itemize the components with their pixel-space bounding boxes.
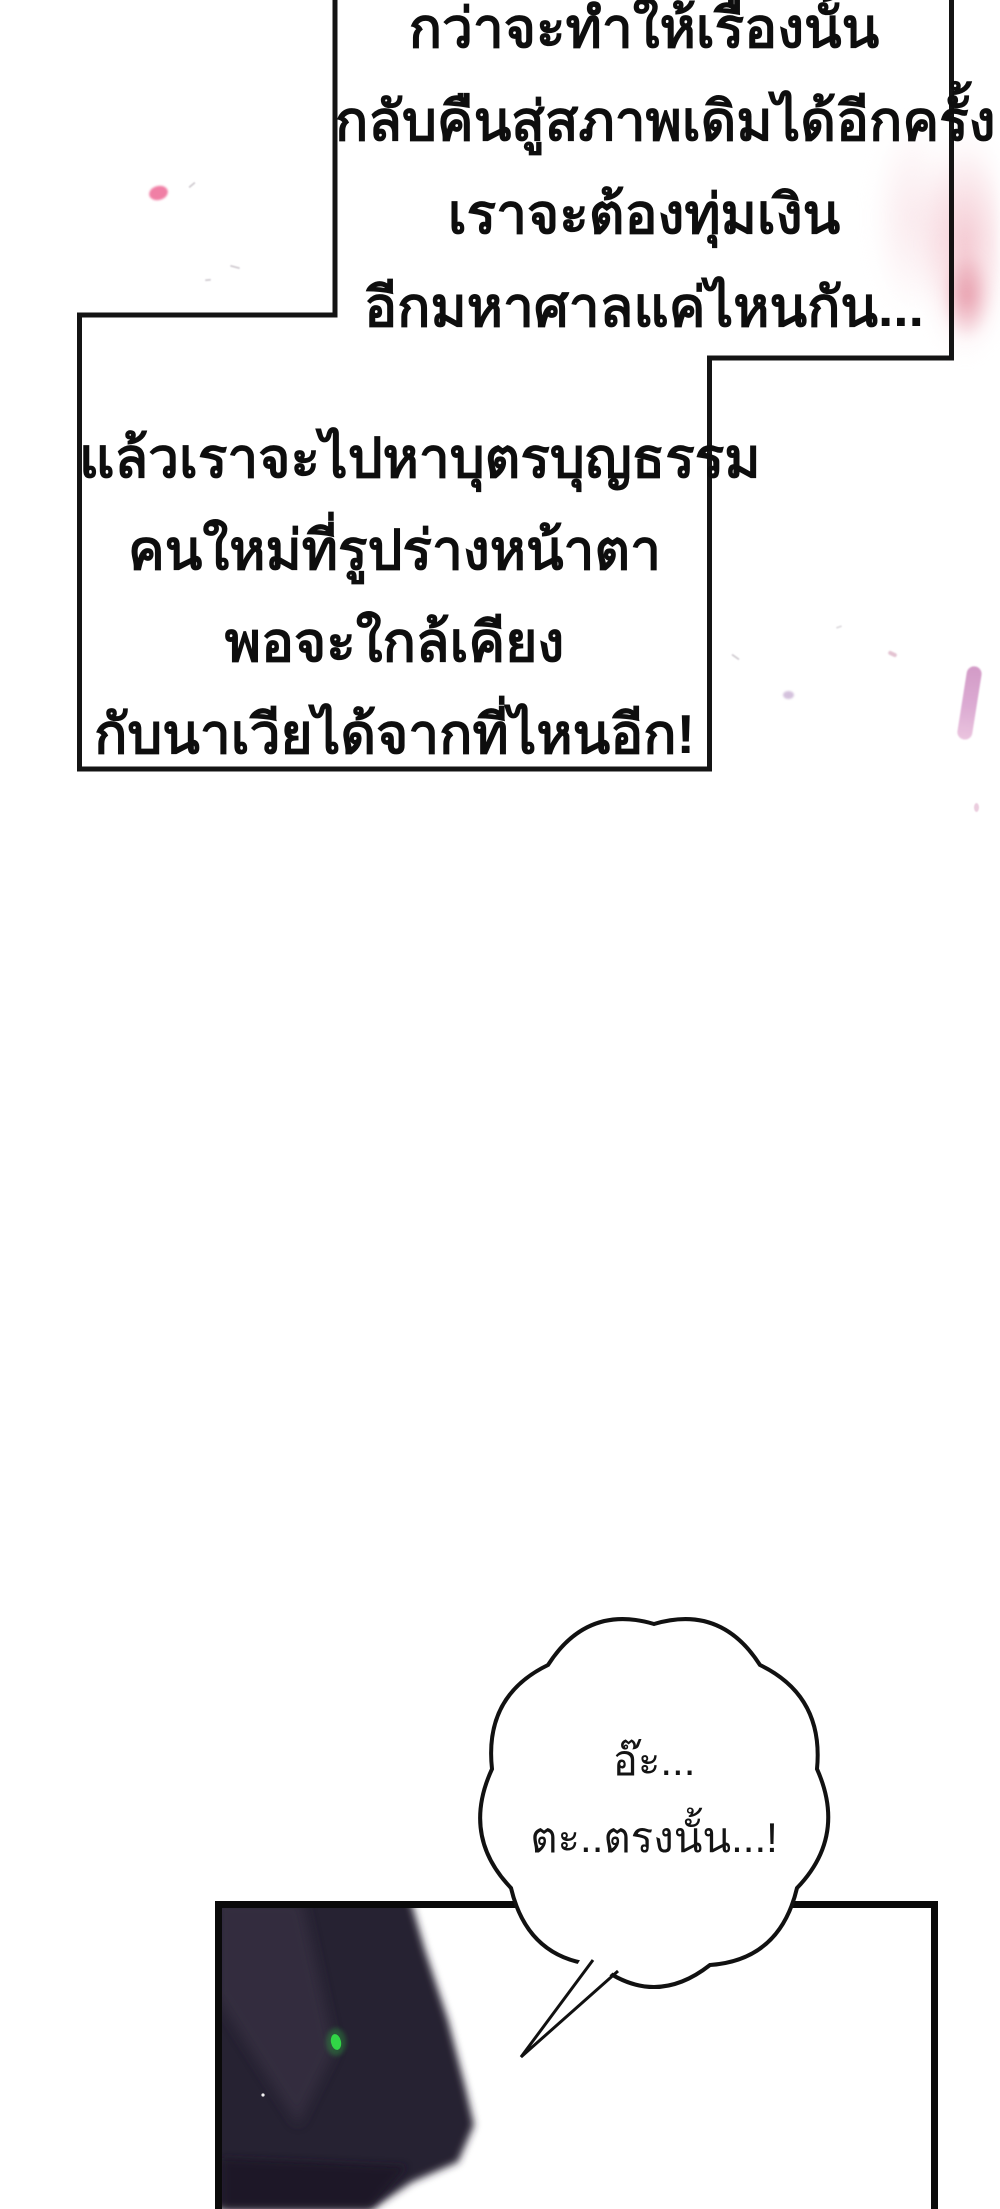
narration-box-left-text: แล้วเราจะไปหาบุตรบุญธรรม คนใหม่ที่รูปร่า… bbox=[79, 412, 710, 780]
pencil-scratch bbox=[230, 265, 240, 270]
narration-line: กับนาเวียได้จากที่ไหนอีก! bbox=[79, 688, 710, 780]
narration-line: กว่าจะทำให้เรื่องนั้น bbox=[335, 0, 953, 75]
pencil-scratch bbox=[731, 654, 740, 661]
bubble-line: ตะ..ตรงนั้น...! bbox=[484, 1799, 824, 1876]
pencil-scratch bbox=[836, 625, 842, 629]
pink-fleck bbox=[974, 803, 979, 812]
pencil-scratch bbox=[188, 182, 195, 189]
pink-dot bbox=[148, 184, 170, 202]
narration-line: พอจะใกล้เคียง bbox=[79, 596, 710, 688]
speech-bubble-text: อ๊ะ... ตะ..ตรงนั้น...! bbox=[484, 1722, 824, 1876]
bubble-line: อ๊ะ... bbox=[484, 1722, 824, 1799]
comic-page: กว่าจะทำให้เรื่องนั้น กลับคืนสู่สภาพเดิม… bbox=[0, 0, 1000, 2209]
pink-brush-stroke bbox=[956, 665, 982, 740]
narration-line: เราจะต้องทุ่มเงิน bbox=[335, 168, 953, 261]
panel-interior-clip bbox=[222, 1908, 931, 2209]
narration-line: คนใหม่ที่รูปร่างหน้าตา bbox=[79, 504, 710, 596]
pink-dash bbox=[888, 650, 898, 657]
narration-box-top-text: กว่าจะทำให้เรื่องนั้น กลับคืนสู่สภาพเดิม… bbox=[335, 0, 953, 354]
pencil-scratch bbox=[205, 279, 211, 282]
pink-blob bbox=[783, 691, 794, 699]
narration-line: แล้วเราจะไปหาบุตรบุญธรรม bbox=[79, 412, 710, 504]
narration-line: อีกมหาศาลแค่ไหนกัน... bbox=[335, 261, 953, 354]
narration-line: กลับคืนสู่สภาพเดิมได้อีกครั้ง bbox=[335, 75, 953, 168]
white-speck bbox=[261, 2093, 264, 2096]
dark-figure bbox=[222, 1908, 931, 2209]
